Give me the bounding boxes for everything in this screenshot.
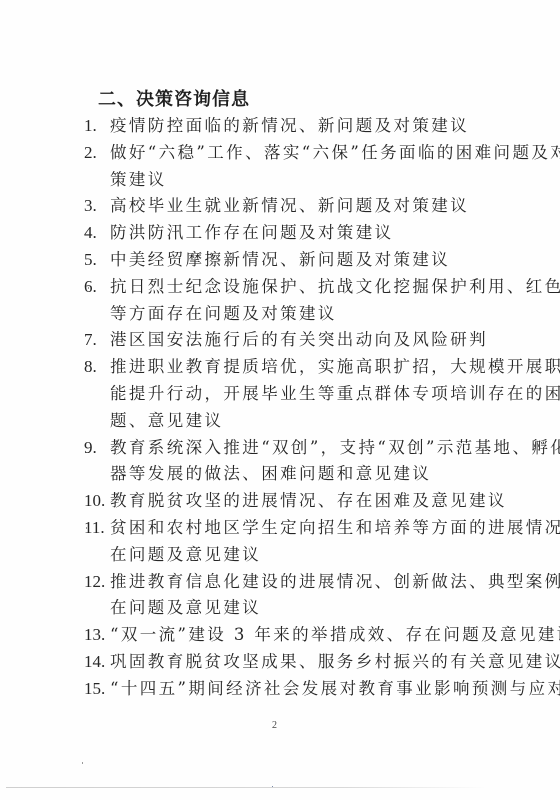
list-item: 5.中美经贸摩擦新情况、新问题及对策建议 <box>84 247 494 274</box>
item-text: 教育脱贫攻坚的进展情况、存在困难及意见建议 <box>110 488 507 515</box>
item-text-continued: 能提升行动，开展毕业生等重点群体专项培训存在的困难问 <box>110 381 560 408</box>
item-text: 推进职业教育提质培优，实施高职扩招，大规模开展职业技 <box>110 354 560 381</box>
item-text: 防洪防汛工作存在问题及对策建议 <box>110 220 394 247</box>
item-text-continued: 在问题及意见建议 <box>110 542 261 569</box>
list-item: 3.高校毕业生就业新情况、新问题及对策建议 <box>84 193 494 220</box>
item-text: “双一流”建设 3 年来的举措成效、存在问题及意见建议 <box>110 622 560 649</box>
list-item: 14.巩固教育脱贫攻坚成果、服务乡村振兴的有关意见建议 <box>84 649 494 676</box>
section-heading: 二、决策咨询信息 <box>98 88 250 112</box>
list-item: 13.“双一流”建设 3 年来的举措成效、存在问题及意见建议 <box>84 622 494 649</box>
scan-edge-line <box>6 787 486 788</box>
item-number: 15. <box>84 676 110 703</box>
decision-consulting-topic-list: 1.疫情防控面临的新情况、新问题及对策建议 2.做好“六稳”工作、落实“六保”任… <box>84 113 494 703</box>
document-page: 二、决策咨询信息 1.疫情防控面临的新情况、新问题及对策建议 2.做好“六稳”工… <box>0 0 560 800</box>
item-number: 7. <box>84 327 110 354</box>
item-number: 2. <box>84 140 110 167</box>
item-number: 12. <box>84 569 110 596</box>
item-number: 14. <box>84 649 110 676</box>
list-item: 9.教育系统深入推进“双创”，支持“双创”示范基地、孵化 器等发展的做法、困难问… <box>84 435 494 489</box>
item-number: 4. <box>84 220 110 247</box>
item-text: 疫情防控面临的新情况、新问题及对策建议 <box>110 113 469 140</box>
item-text: 教育系统深入推进“双创”，支持“双创”示范基地、孵化 <box>110 435 560 462</box>
item-text: 港区国安法施行后的有关突出动向及风险研判 <box>110 327 488 354</box>
list-item: 6.抗日烈士纪念设施保护、抗战文化挖掘保护利用、红色教育 等方面存在问题及对策建… <box>84 274 494 328</box>
item-text: 高校毕业生就业新情况、新问题及对策建议 <box>110 193 469 220</box>
item-text: 做好“六稳”工作、落实“六保”任务面临的困难问题及对 <box>110 140 560 167</box>
item-number: 10. <box>84 488 110 515</box>
list-item: 15.“十四五”期间经济社会发展对教育事业影响预测与应对建议 <box>84 676 494 703</box>
item-text-continued: 题、意见建议 <box>110 408 223 435</box>
item-number: 3. <box>84 193 110 220</box>
list-item: 2.做好“六稳”工作、落实“六保”任务面临的困难问题及对 策建议 <box>84 140 494 194</box>
item-text: 抗日烈士纪念设施保护、抗战文化挖掘保护利用、红色教育 <box>110 274 560 301</box>
item-text: 巩固教育脱贫攻坚成果、服务乡村振兴的有关意见建议 <box>110 649 560 676</box>
item-text-continued: 等方面存在问题及对策建议 <box>110 301 337 328</box>
item-number: 1. <box>84 113 110 140</box>
item-text: “十四五”期间经济社会发展对教育事业影响预测与应对建议 <box>110 676 560 703</box>
list-item: 8.推进职业教育提质培优，实施高职扩招，大规模开展职业技 能提升行动，开展毕业生… <box>84 354 494 434</box>
list-item: 12.推进教育信息化建设的进展情况、创新做法、典型案例、存 在问题及意见建议 <box>84 569 494 623</box>
item-text-continued: 策建议 <box>110 167 167 194</box>
item-number: 5. <box>84 247 110 274</box>
list-item: 4.防洪防汛工作存在问题及对策建议 <box>84 220 494 247</box>
item-number: 8. <box>84 354 110 381</box>
item-text: 中美经贸摩擦新情况、新问题及对策建议 <box>110 247 450 274</box>
scan-speck <box>88 287 89 289</box>
item-text-continued: 在问题及意见建议 <box>110 595 261 622</box>
scan-speck <box>82 762 83 764</box>
list-item: 11.贫困和农村地区学生定向招生和培养等方面的进展情况、存 在问题及意见建议 <box>84 515 494 569</box>
item-number: 11. <box>84 515 110 542</box>
item-number: 9. <box>84 435 110 462</box>
item-text: 贫困和农村地区学生定向招生和培养等方面的进展情况、存 <box>110 515 560 542</box>
scan-speck <box>86 527 87 529</box>
list-item: 7.港区国安法施行后的有关突出动向及风险研判 <box>84 327 494 354</box>
page-number: 2 <box>272 720 277 731</box>
item-text: 推进教育信息化建设的进展情况、创新做法、典型案例、存 <box>110 569 560 596</box>
list-item: 10.教育脱贫攻坚的进展情况、存在困难及意见建议 <box>84 488 494 515</box>
item-text-continued: 器等发展的做法、困难问题和意见建议 <box>110 461 431 488</box>
list-item: 1.疫情防控面临的新情况、新问题及对策建议 <box>84 113 494 140</box>
item-number: 13. <box>84 622 110 649</box>
